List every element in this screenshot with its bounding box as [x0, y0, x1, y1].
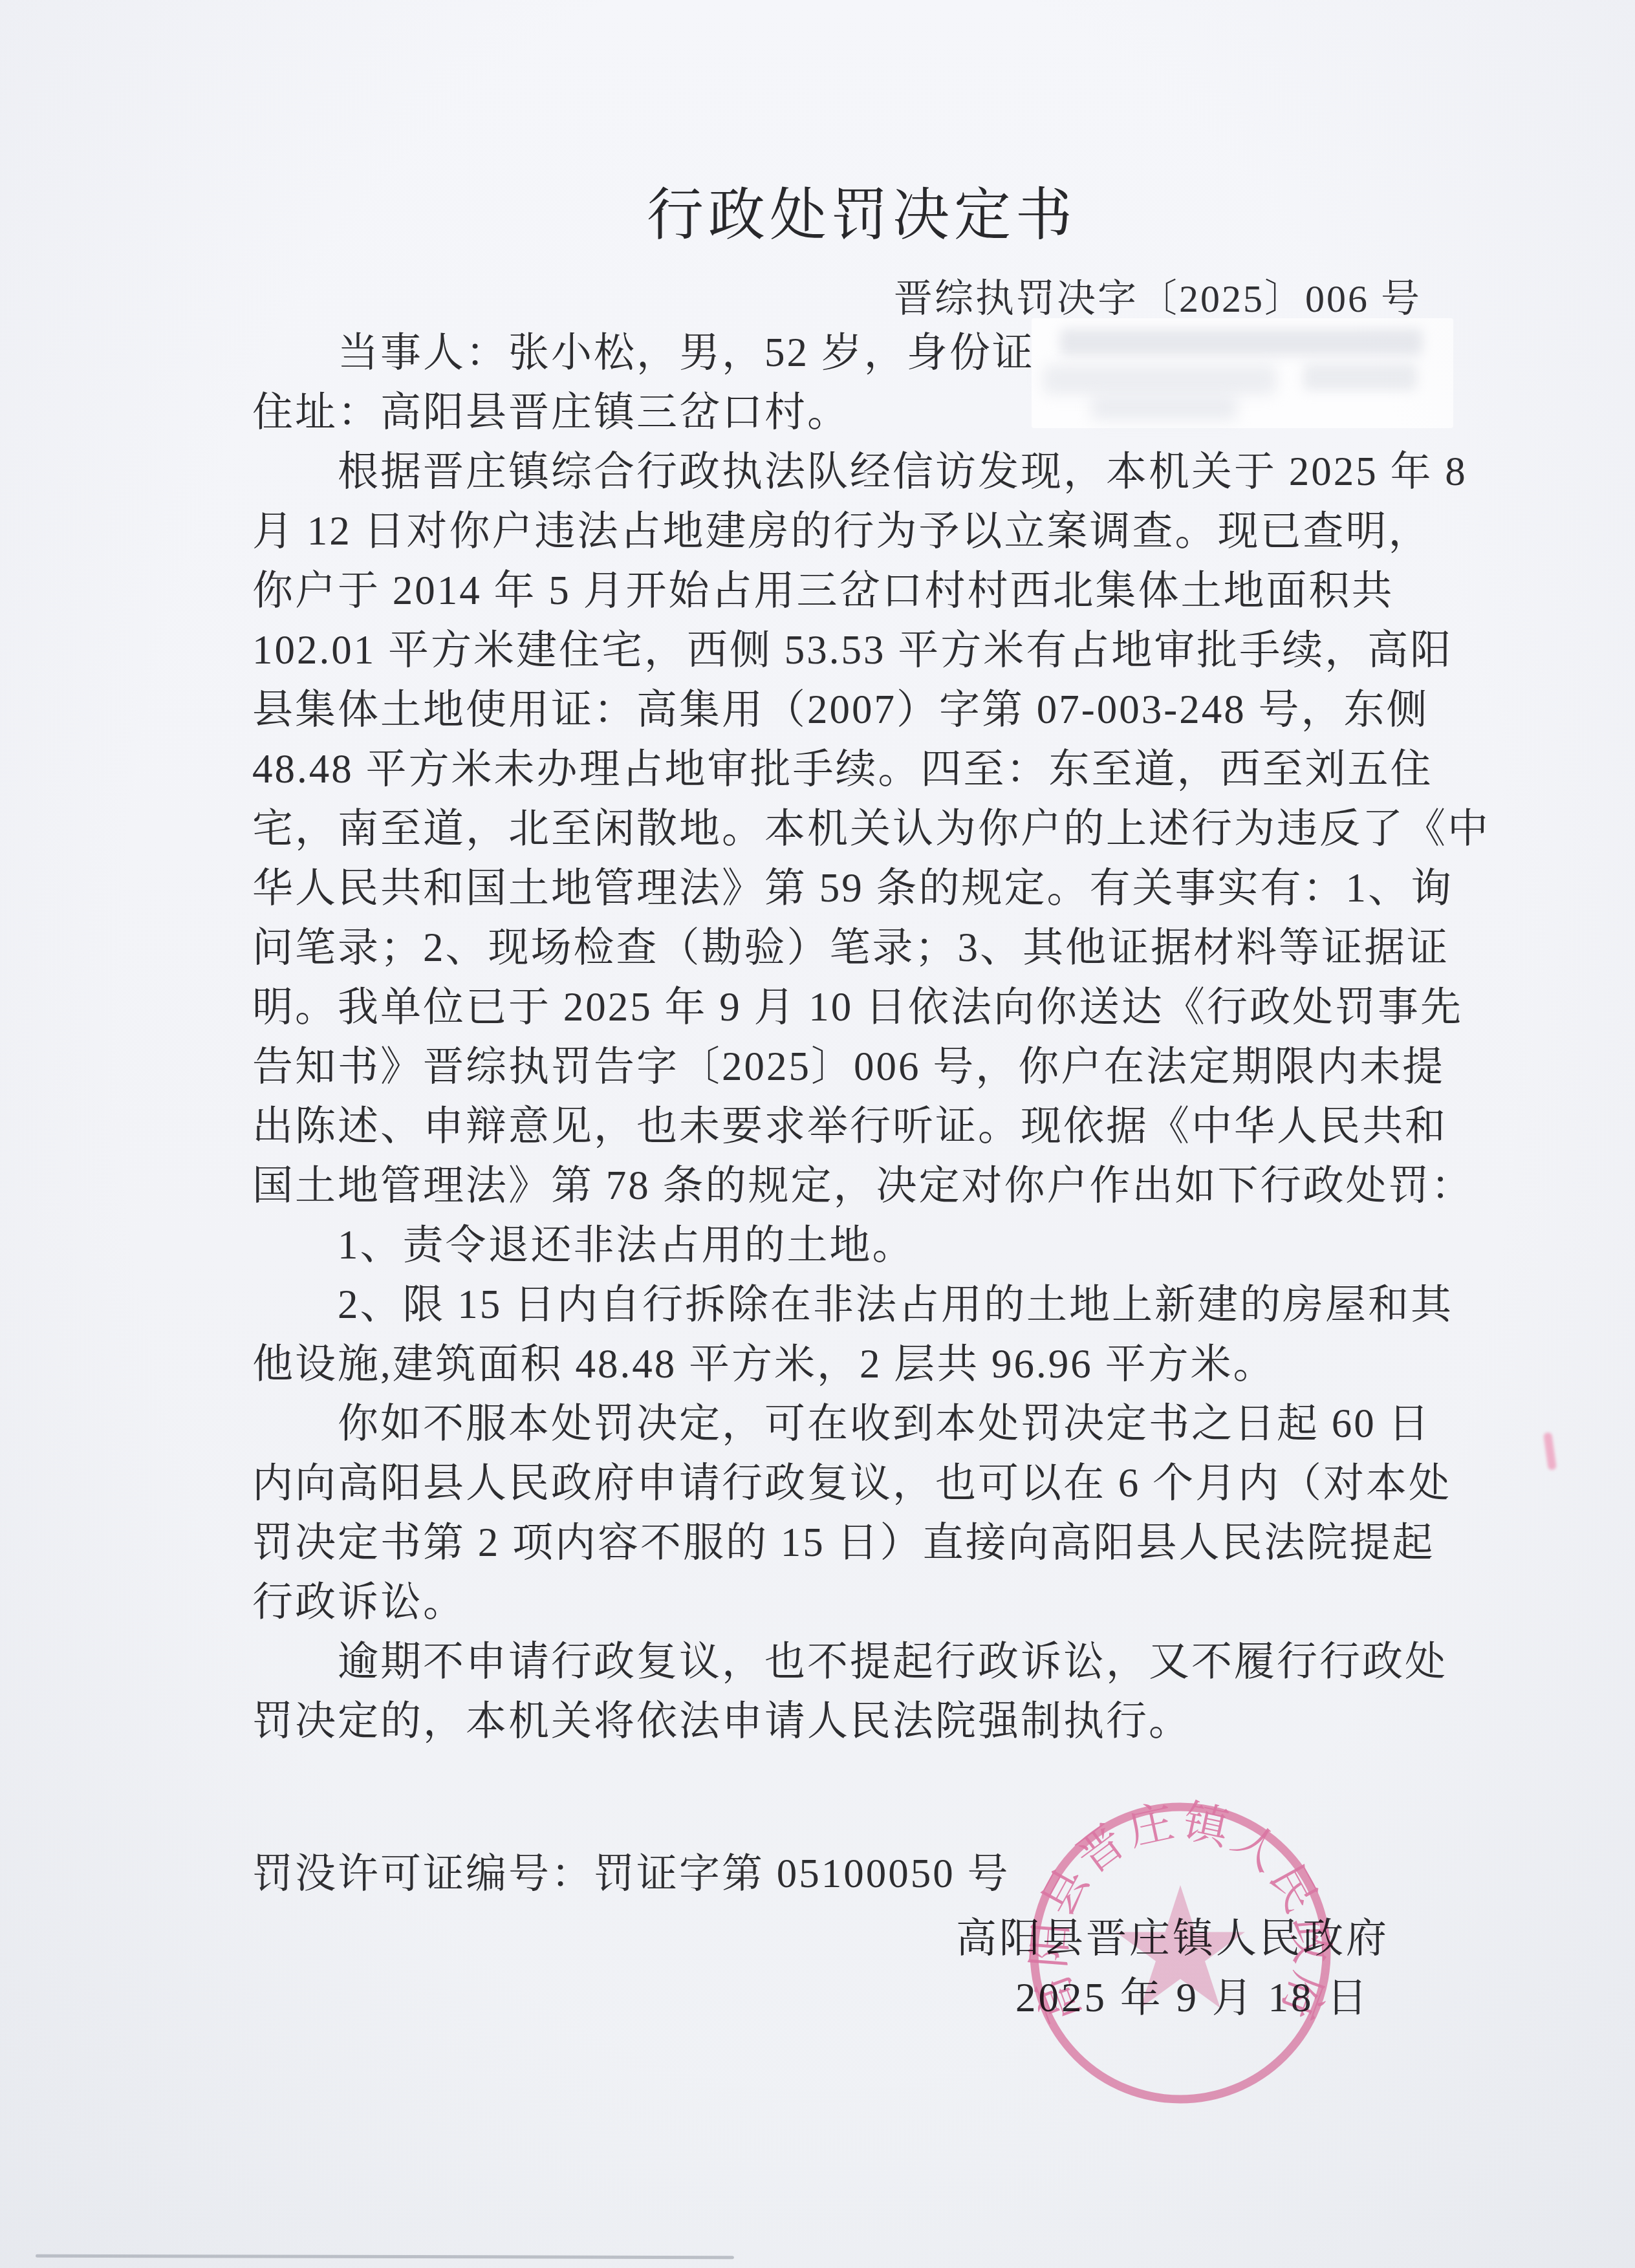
text-line: 根据晋庄镇综合行政执法队经信访发现，本机关于 2025 年 8	[252, 442, 1462, 501]
document-number: 晋综执罚决字〔2025〕006 号	[894, 268, 1422, 323]
text-line: 逾期不申请行政复议，也不提起行政诉讼，又不履行行政处	[252, 1632, 1462, 1691]
permit-number-line: 罚没许可证编号：罚证字第 05100050 号	[252, 1841, 1010, 1899]
redaction-smudge	[1060, 329, 1422, 356]
text-line: 县集体土地使用证：高集用（2007）字第 07-003-248 号，东侧	[252, 680, 1462, 739]
scanned-penalty-decision-page: 行政处罚决定书 晋综执罚决字〔2025〕006 号 当事人：张小松，男，52 岁…	[0, 0, 1635, 2268]
id-number-redaction	[1032, 318, 1453, 428]
document-body: 当事人：张小松，男，52 岁，身份证号：住址：高阳县晋庄镇三岔口村。 根据晋庄镇…	[252, 323, 1462, 1751]
scan-artifact-bottom-edge	[36, 2254, 734, 2259]
text-line: 华人民共和国土地管理法》第 59 条的规定。有关事实有：1、询	[252, 858, 1462, 918]
text-line: 明。我单位已于 2025 年 9 月 10 日依法向你送达《行政处罚事先	[252, 977, 1462, 1037]
redaction-smudge	[1303, 363, 1417, 391]
text-line: 出陈述、申辩意见，也未要求举行听证。现依据《中华人民共和	[252, 1096, 1462, 1156]
official-seal: 高阳县晋庄镇人民政府	[1019, 1791, 1342, 2115]
seal-star	[1116, 1885, 1245, 2008]
text-line: 你户于 2014 年 5 月开始占用三岔口村村西北集体土地面积共	[252, 561, 1462, 620]
scan-artifact-pink-smudge	[1543, 1432, 1557, 1470]
text-line: 你如不服本处罚决定，可在收到本处罚决定书之日起 60 日	[252, 1394, 1462, 1453]
text-line: 2、限 15 日内自行拆除在非法占用的土地上新建的房屋和其	[252, 1275, 1462, 1334]
text-line: 48.48 平方米未办理占地审批手续。四至：东至道，西至刘五住	[252, 739, 1462, 799]
text-line: 月 12 日对你户违法占地建房的行为予以立案调查。现已查明，	[252, 501, 1462, 561]
text-line: 告知书》晋综执罚告字〔2025〕006 号，你户在法定期限内未提	[252, 1037, 1462, 1096]
text-line: 罚决定书第 2 项内容不服的 15 日）直接向高阳县人民法院提起	[252, 1513, 1462, 1572]
redaction-smudge	[1043, 365, 1276, 394]
text-line: 他设施,建筑面积 48.48 平方米，2 层共 96.96 平方米。	[252, 1334, 1462, 1394]
text-line: 国土地管理法》第 78 条的规定，决定对你户作出如下行政处罚：	[252, 1156, 1462, 1215]
text-line: 行政诉讼。	[252, 1572, 1462, 1632]
document-title: 行政处罚决定书	[647, 185, 1077, 248]
text-line: 问笔录；2、现场检查（勘验）笔录；3、其他证据材料等证据证	[252, 918, 1462, 977]
text-line: 罚决定的，本机关将依法申请人民法院强制执行。	[252, 1691, 1462, 1751]
text-line: 宅，南至道，北至闲散地。本机关认为你户的上述行为违反了《中	[252, 799, 1462, 858]
text-line: 1、责令退还非法占用的土地。	[252, 1215, 1462, 1275]
text-line: 内向高阳县人民政府申请行政复议，也可以在 6 个月内（对本处	[252, 1453, 1462, 1513]
text-line: 102.01 平方米建住宅，西侧 53.53 平方米有占地审批手续，高阳	[252, 620, 1462, 680]
redaction-smudge	[1091, 396, 1237, 420]
